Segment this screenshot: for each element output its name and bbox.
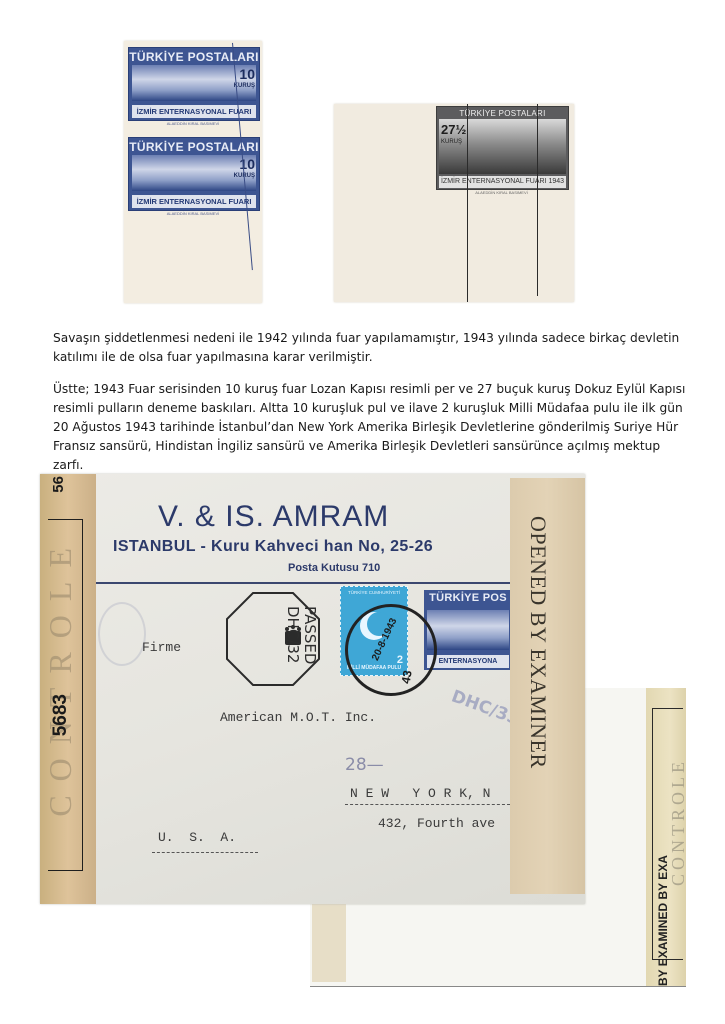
proof-pair-10-kurus: TÜRKİYE POSTALARI 10KURUŞ İZMİR ENTERNAS… bbox=[124, 41, 262, 303]
pencil-note: 28— bbox=[345, 755, 384, 775]
address-country: U. S. A. bbox=[158, 830, 236, 845]
opened-by-examiner-text: OPENED BY EXAMINER bbox=[525, 516, 551, 769]
examined-by-text: BY EXAMINED BY EXA bbox=[656, 688, 670, 986]
stamp-proof-10-kurus-bottom: TÜRKİYE POSTALARI 10KURUŞ İZMİR ENTERNAS… bbox=[128, 137, 260, 211]
tape-number: 5683 bbox=[50, 694, 72, 736]
stamp-vignette bbox=[427, 610, 509, 650]
faint-circular-mark bbox=[98, 602, 146, 666]
stamp-caption: İZMİR ENTERNASYONAL FUARI 1943 bbox=[132, 195, 256, 208]
izmir-fair-10-kurus-stamp: TÜRKİYE POS ENTERNASYONA bbox=[424, 590, 512, 670]
postmark-number: 43 bbox=[399, 669, 415, 685]
right-censor-tape: OPENED BY EXAMINER bbox=[510, 478, 585, 894]
stamp-title: TÜRKİYE POSTALARI bbox=[129, 50, 259, 64]
proof-27-half-kurus: TÜRKİYE POSTALARI 27½KURUŞ İZMİR ENTERNA… bbox=[334, 104, 574, 302]
back-censor-tape bbox=[312, 902, 346, 982]
address-city: N E W Y O R K, N bbox=[350, 786, 490, 801]
stamp-top-text: TÜRKİYE CUMHURİYETİ bbox=[343, 590, 405, 595]
printer-imprint: ALAEDDİN KIRAL BASIMEVİ bbox=[124, 121, 262, 126]
tape-top-number: 56 bbox=[50, 476, 67, 493]
letterhead-po-box: Posta Kutusu 710 bbox=[288, 562, 380, 574]
stamp-title: TÜRKİYE POSTALARI bbox=[437, 109, 568, 118]
stamp-value: 27½KURUŞ bbox=[441, 123, 466, 149]
guide-line bbox=[537, 104, 538, 296]
address-company: American M.O.T. Inc. bbox=[220, 710, 376, 725]
stamp-title: TÜRKİYE POS bbox=[424, 592, 512, 604]
letterhead-rule bbox=[92, 582, 512, 584]
guide-line bbox=[467, 104, 468, 302]
letterhead-address: ISTANBUL - Kuru Kahveci han No, 25-26 bbox=[113, 538, 433, 556]
passed-censor-text: PASSED DHC/32 bbox=[248, 606, 318, 676]
far-right-censor-tape: CONTROLE BY EXAMINED BY EXA bbox=[646, 688, 686, 986]
description-paragraph-2: Üstte; 1943 Fuar serisinden 10 kuruş fua… bbox=[53, 380, 693, 475]
stamp-proof-27-half-kurus: TÜRKİYE POSTALARI 27½KURUŞ İZMİR ENTERNA… bbox=[436, 106, 569, 190]
description-paragraph-1: Savaşın şiddetlenmesi nedeni ile 1942 yı… bbox=[53, 329, 693, 367]
country-underline bbox=[152, 852, 258, 853]
stamp-proof-10-kurus-top: TÜRKİYE POSTALARI 10KURUŞ İZMİR ENTERNAS… bbox=[128, 47, 260, 121]
address-salutation: Firme bbox=[142, 640, 181, 655]
stamp-caption: İZMİR ENTERNASYONAL FUARI 1943 bbox=[439, 176, 566, 188]
printer-imprint: ALAEDDİN KIRAL BASIMEVİ bbox=[436, 190, 567, 195]
address-street: 432, Fourth ave bbox=[378, 816, 495, 831]
left-censor-tape: CONTROLE 56 5683 bbox=[40, 474, 96, 904]
stamp-title: TÜRKİYE POSTALARI bbox=[129, 140, 259, 154]
letterhead-name: V. & IS. AMRAM bbox=[158, 500, 498, 534]
printer-imprint: ALAEDDİN KIRAL BASIMEVİ bbox=[124, 211, 262, 216]
stamp-caption: ENTERNASYONA bbox=[427, 655, 509, 668]
city-underline bbox=[345, 804, 510, 805]
censored-cover: V. & IS. AMRAM ISTANBUL - Kuru Kahveci h… bbox=[40, 474, 585, 904]
